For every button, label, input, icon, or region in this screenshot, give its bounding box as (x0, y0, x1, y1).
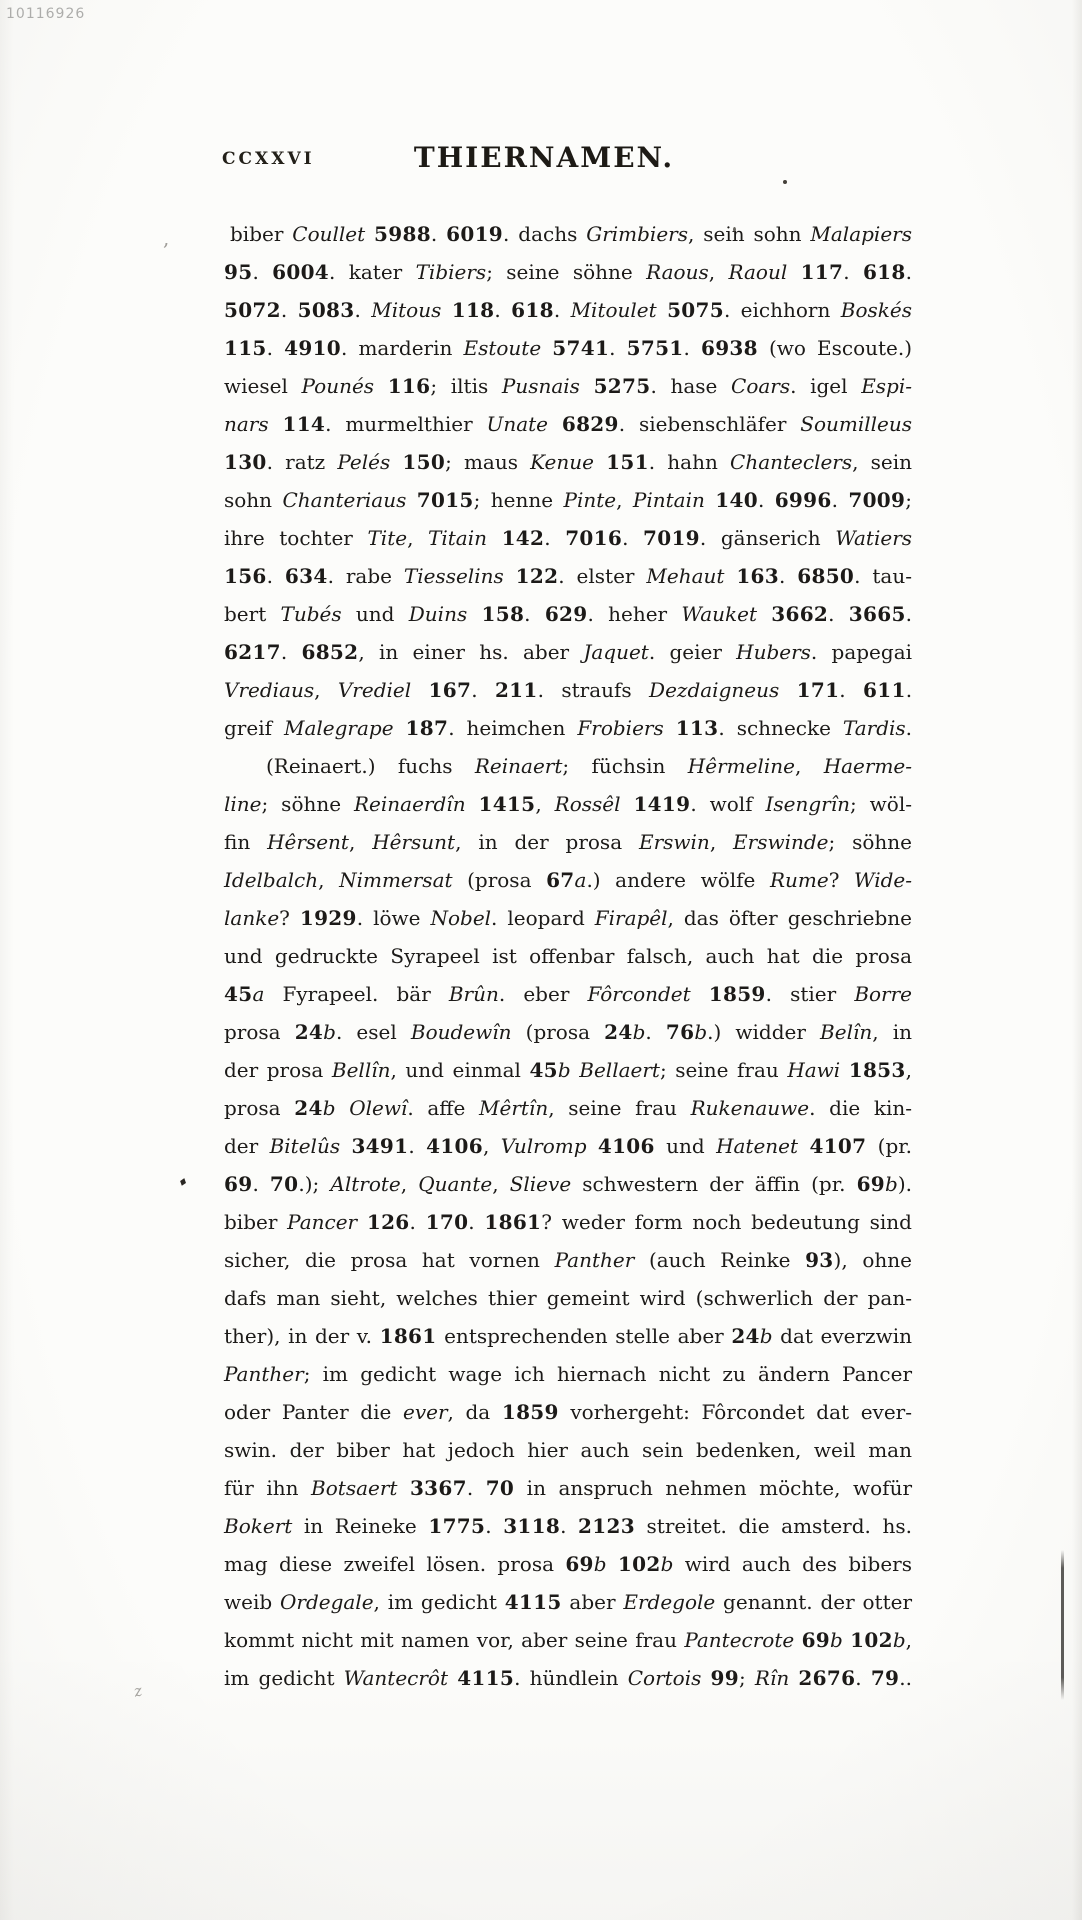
text-line: Idelbalch, Nimmersat (prosa 67a.) andere… (224, 861, 912, 899)
text-line: (Reinaert.) fuchs Reinaert; füchsin Hêrm… (224, 747, 912, 785)
text-line: swin. der biber hat jedoch hier auch sei… (224, 1431, 912, 1469)
text-line: sicher, die prosa hat vornen Panther (au… (224, 1241, 912, 1279)
text-line: 156. 634. rabe Tiesselins 122. elster Me… (224, 557, 912, 595)
scan-number: 10116926 (6, 6, 85, 22)
text-line: Vrediaus, Vrediel 167. 211. straufs Dezd… (224, 671, 912, 709)
text-line: ther), in der v. 1861 entsprechenden ste… (224, 1317, 912, 1355)
ink-speck (783, 180, 787, 184)
text-line: fin Hêrsent, Hêrsunt, in der prosa Erswi… (224, 823, 912, 861)
text-line: der Bitelûs 3491. 4106, Vulromp 4106 und… (224, 1127, 912, 1165)
text-line: und gedruckte Syrapeel ist offenbar fals… (224, 937, 912, 975)
text-line: weib Ordegale, im gedicht 4115 aber Erde… (224, 1583, 912, 1621)
text-line: bert Tubés und Duins 158. 629. heher Wau… (224, 595, 912, 633)
text-line: prosa 24b. esel Boudewîn (prosa 24b. 76b… (224, 1013, 912, 1051)
text-line: wiesel Pounés 116; iltis Pusnais 5275. h… (224, 367, 912, 405)
paragraph: (Reinaert.) fuchs Reinaert; füchsin Hêrm… (224, 747, 912, 1697)
pencil-note-mark: z (132, 1681, 143, 1700)
text-line: 130. ratz Pelés 150; maus Kenue 151. hah… (224, 443, 912, 481)
text-line: oder Panter die ever, da 1859 vorhergeht… (224, 1393, 912, 1431)
text-line: Bokert in Reineke 1775. 3118. 2123 strei… (224, 1507, 912, 1545)
text-line: sohn Chanteriaus 7015; henne Pinte, Pint… (224, 481, 912, 519)
paragraph: biber Coullet 5988. 6019. dachs Grimbier… (224, 215, 912, 747)
text-line: 95. 6004. kater Tibiers; seine söhne Rao… (224, 253, 912, 291)
text-line: biber Pancer 126. 170. 1861? weder form … (224, 1203, 912, 1241)
text-line: 45a Fyrapeel. bär Brûn. eber Fôrcondet 1… (224, 975, 912, 1013)
text-line: ihre tochter Tite, Titain 142. 7016. 701… (224, 519, 912, 557)
text-line: nars 114. murmelthier Unate 6829. sieben… (224, 405, 912, 443)
text-block: biber Coullet 5988. 6019. dachs Grimbier… (224, 215, 912, 1697)
text-line: für ihn Botsaert 3367. 70 in anspruch ne… (224, 1469, 912, 1507)
text-line: kommt nicht mit namen vor, aber seine fr… (224, 1621, 912, 1659)
text-line: der prosa Bellîn, und einmal 45b Bellaer… (224, 1051, 912, 1089)
text-line: line; söhne Reinaerdîn 1415, Rossêl 1419… (224, 785, 912, 823)
text-line: im gedicht Wantecrôt 4115. hündlein Cort… (224, 1659, 912, 1697)
text-line: mag diese zweifel lösen. prosa 69b 102b … (224, 1545, 912, 1583)
text-line: greif Malegrape 187. heimchen Frobiers 1… (224, 709, 912, 747)
margin-comma-mark: , (163, 226, 169, 250)
text-line: lanke? 1929. löwe Nobel. leopard Firapêl… (224, 899, 912, 937)
text-line: Panther; im gedicht wage ich hiernach ni… (224, 1355, 912, 1393)
margin-dot-mark: ♦ (176, 1175, 189, 1190)
text-line: biber Coullet 5988. 6019. dachs Grimbier… (224, 215, 912, 253)
text-line: 5072. 5083. Mitous 118. 618. Mitoulet 50… (224, 291, 912, 329)
text-line: dafs man sieht, welches thier gemeint wi… (224, 1279, 912, 1317)
page-header: CCXXVI THIERNAMEN. (222, 141, 910, 177)
text-line: prosa 24b Olewî. affe Mêrtîn, seine frau… (224, 1089, 912, 1127)
text-line: 69. 70.); Altrote, Quante, Slieve schwes… (224, 1165, 912, 1203)
page-number: CCXXVI (222, 149, 315, 169)
text-line: 6217. 6852, in einer hs. aber Jaquet. ge… (224, 633, 912, 671)
page-title: THIERNAMEN. (414, 141, 674, 174)
scan-edge-line (1061, 1550, 1064, 1700)
ink-speck (733, 227, 736, 232)
text-line: 115. 4910. marderin Estoute 5741. 5751. … (224, 329, 912, 367)
